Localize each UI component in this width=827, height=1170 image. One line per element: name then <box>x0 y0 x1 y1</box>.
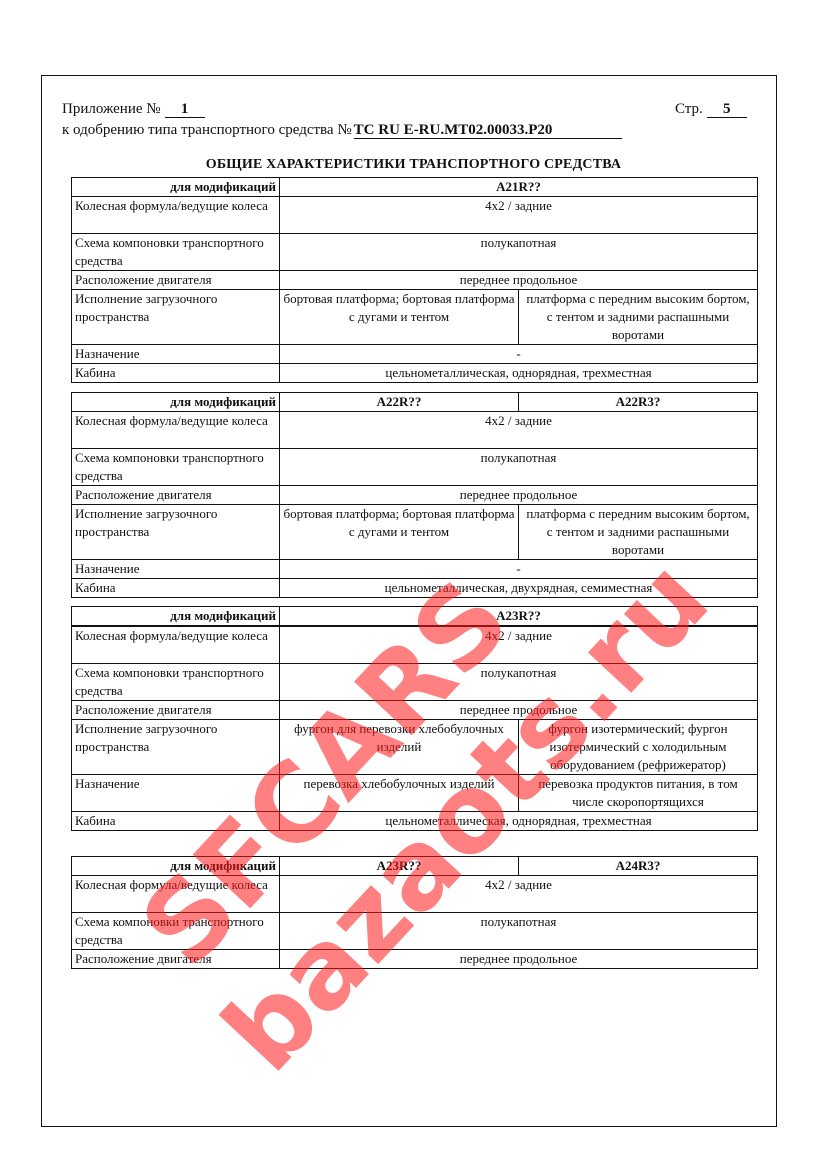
table-row: Колесная формула/ведущие колеса 4x2 / за… <box>72 876 758 913</box>
table-row: Расположение двигателя переднее продольн… <box>72 271 758 290</box>
table-row: Кабина цельнометаллическая, двухрядная, … <box>72 579 758 598</box>
header-label: для модификаций <box>72 857 280 876</box>
page-number: 5 <box>707 101 747 118</box>
row-value: переднее продольное <box>280 271 758 290</box>
row-value: переднее продольное <box>280 701 758 720</box>
row-label: Назначение <box>72 775 280 812</box>
header-label: для модификаций <box>72 178 280 197</box>
header-label: для модификаций <box>72 393 280 412</box>
approval-number: ТС RU E-RU.MT02.00033.P20 <box>354 122 622 139</box>
row-label: Кабина <box>72 812 280 831</box>
row-value: фургон изотермический; фургон изотермиче… <box>519 720 758 775</box>
row-label: Расположение двигателя <box>72 486 280 505</box>
row-label: Кабина <box>72 364 280 383</box>
table-row: Колесная формула/ведущие колеса 4x2 / за… <box>72 412 758 449</box>
table-header-row: для модификаций A21R?? <box>72 178 758 197</box>
model-code: A22R3? <box>519 393 758 412</box>
row-label: Колесная формула/ведущие колеса <box>72 876 280 913</box>
table-row: Схема компоновки транспортного средства … <box>72 449 758 486</box>
spec-table-a23: для модификаций A23R?? Колесная формула/… <box>71 606 758 831</box>
row-value: переднее продольное <box>280 950 758 969</box>
row-value: цельнометаллическая, однорядная, трехмес… <box>280 812 758 831</box>
row-value: бортовая платформа; бортовая платформа с… <box>280 505 519 560</box>
spec-table-a23-a24: для модификаций A23R?? A24R3? Колесная ф… <box>71 856 758 969</box>
row-label: Исполнение загрузочного пространства <box>72 290 280 345</box>
model-code: A23R?? <box>280 857 519 876</box>
row-label: Колесная формула/ведущие колеса <box>72 626 280 664</box>
row-label: Расположение двигателя <box>72 271 280 290</box>
row-label: Расположение двигателя <box>72 701 280 720</box>
header-label: для модификаций <box>72 607 280 627</box>
table-row: Назначение - <box>72 560 758 579</box>
spec-table-a21: для модификаций A21R?? Колесная формула/… <box>71 177 758 383</box>
model-code: A21R?? <box>280 178 758 197</box>
table-row: Кабина цельнометаллическая, однорядная, … <box>72 812 758 831</box>
table-row: Схема компоновки транспортного средства … <box>72 913 758 950</box>
row-value: полукапотная <box>280 664 758 701</box>
table-row: Кабина цельнометаллическая, однорядная, … <box>72 364 758 383</box>
row-value: полукапотная <box>280 234 758 271</box>
appendix-number: 1 <box>165 101 205 118</box>
table-row: Исполнение загрузочного пространства бор… <box>72 505 758 560</box>
row-value: платформа с передним высоким бортом, с т… <box>519 290 758 345</box>
table-header-row: для модификаций A23R?? <box>72 607 758 627</box>
approval-line: к одобрению типа транспортного средства … <box>62 122 622 139</box>
row-label: Схема компоновки транспортного средства <box>72 234 280 271</box>
model-code: A24R3? <box>519 857 758 876</box>
table-row: Назначение - <box>72 345 758 364</box>
row-value: перевозка продуктов питания, в том числе… <box>519 775 758 812</box>
approval-label: к одобрению типа транспортного средства … <box>62 122 352 138</box>
appendix-line: Приложение №1 <box>62 101 205 118</box>
table-row: Колесная формула/ведущие колеса 4x2 / за… <box>72 626 758 664</box>
table-header-row: для модификаций A22R?? A22R3? <box>72 393 758 412</box>
table-row: Исполнение загрузочного пространства бор… <box>72 290 758 345</box>
row-value: 4x2 / задние <box>280 876 758 913</box>
row-label: Кабина <box>72 579 280 598</box>
table-row: Схема компоновки транспортного средства … <box>72 234 758 271</box>
model-code: A22R?? <box>280 393 519 412</box>
page-label: Стр. <box>675 101 703 117</box>
row-value: - <box>280 560 758 579</box>
row-label: Назначение <box>72 345 280 364</box>
table-row: Колесная формула/ведущие колеса 4x2 / за… <box>72 197 758 234</box>
row-value: платформа с передним высоким бортом, с т… <box>519 505 758 560</box>
row-value: 4x2 / задние <box>280 412 758 449</box>
row-label: Исполнение загрузочного пространства <box>72 505 280 560</box>
table-row: Назначение перевозка хлебобулочных издел… <box>72 775 758 812</box>
row-value: фургон для перевозки хлебобулочных издел… <box>280 720 519 775</box>
row-value: полукапотная <box>280 449 758 486</box>
model-code: A23R?? <box>280 607 758 627</box>
table-row: Схема компоновки транспортного средства … <box>72 664 758 701</box>
row-label: Колесная формула/ведущие колеса <box>72 412 280 449</box>
document-title: ОБЩИЕ ХАРАКТЕРИСТИКИ ТРАНСПОРТНОГО СРЕДС… <box>0 157 827 173</box>
row-label: Схема компоновки транспортного средства <box>72 449 280 486</box>
row-value: 4x2 / задние <box>280 626 758 664</box>
row-value: цельнометаллическая, двухрядная, семимес… <box>280 579 758 598</box>
row-label: Расположение двигателя <box>72 950 280 969</box>
row-label: Назначение <box>72 560 280 579</box>
table-row: Исполнение загрузочного пространства фур… <box>72 720 758 775</box>
row-value: - <box>280 345 758 364</box>
row-value: цельнометаллическая, однорядная, трехмес… <box>280 364 758 383</box>
row-value: полукапотная <box>280 913 758 950</box>
table-row: Расположение двигателя переднее продольн… <box>72 950 758 969</box>
table-row: Расположение двигателя переднее продольн… <box>72 486 758 505</box>
row-label: Схема компоновки транспортного средства <box>72 913 280 950</box>
row-value: переднее продольное <box>280 486 758 505</box>
row-label: Колесная формула/ведущие колеса <box>72 197 280 234</box>
row-value: бортовая платформа; бортовая платформа с… <box>280 290 519 345</box>
spec-table-a22: для модификаций A22R?? A22R3? Колесная ф… <box>71 392 758 598</box>
row-label: Исполнение загрузочного пространства <box>72 720 280 775</box>
table-header-row: для модификаций A23R?? A24R3? <box>72 857 758 876</box>
row-value: 4x2 / задние <box>280 197 758 234</box>
table-row: Расположение двигателя переднее продольн… <box>72 701 758 720</box>
row-value: перевозка хлебобулочных изделий <box>280 775 519 812</box>
page-number-line: Стр.5 <box>675 101 747 118</box>
appendix-label: Приложение № <box>62 101 161 117</box>
row-label: Схема компоновки транспортного средства <box>72 664 280 701</box>
